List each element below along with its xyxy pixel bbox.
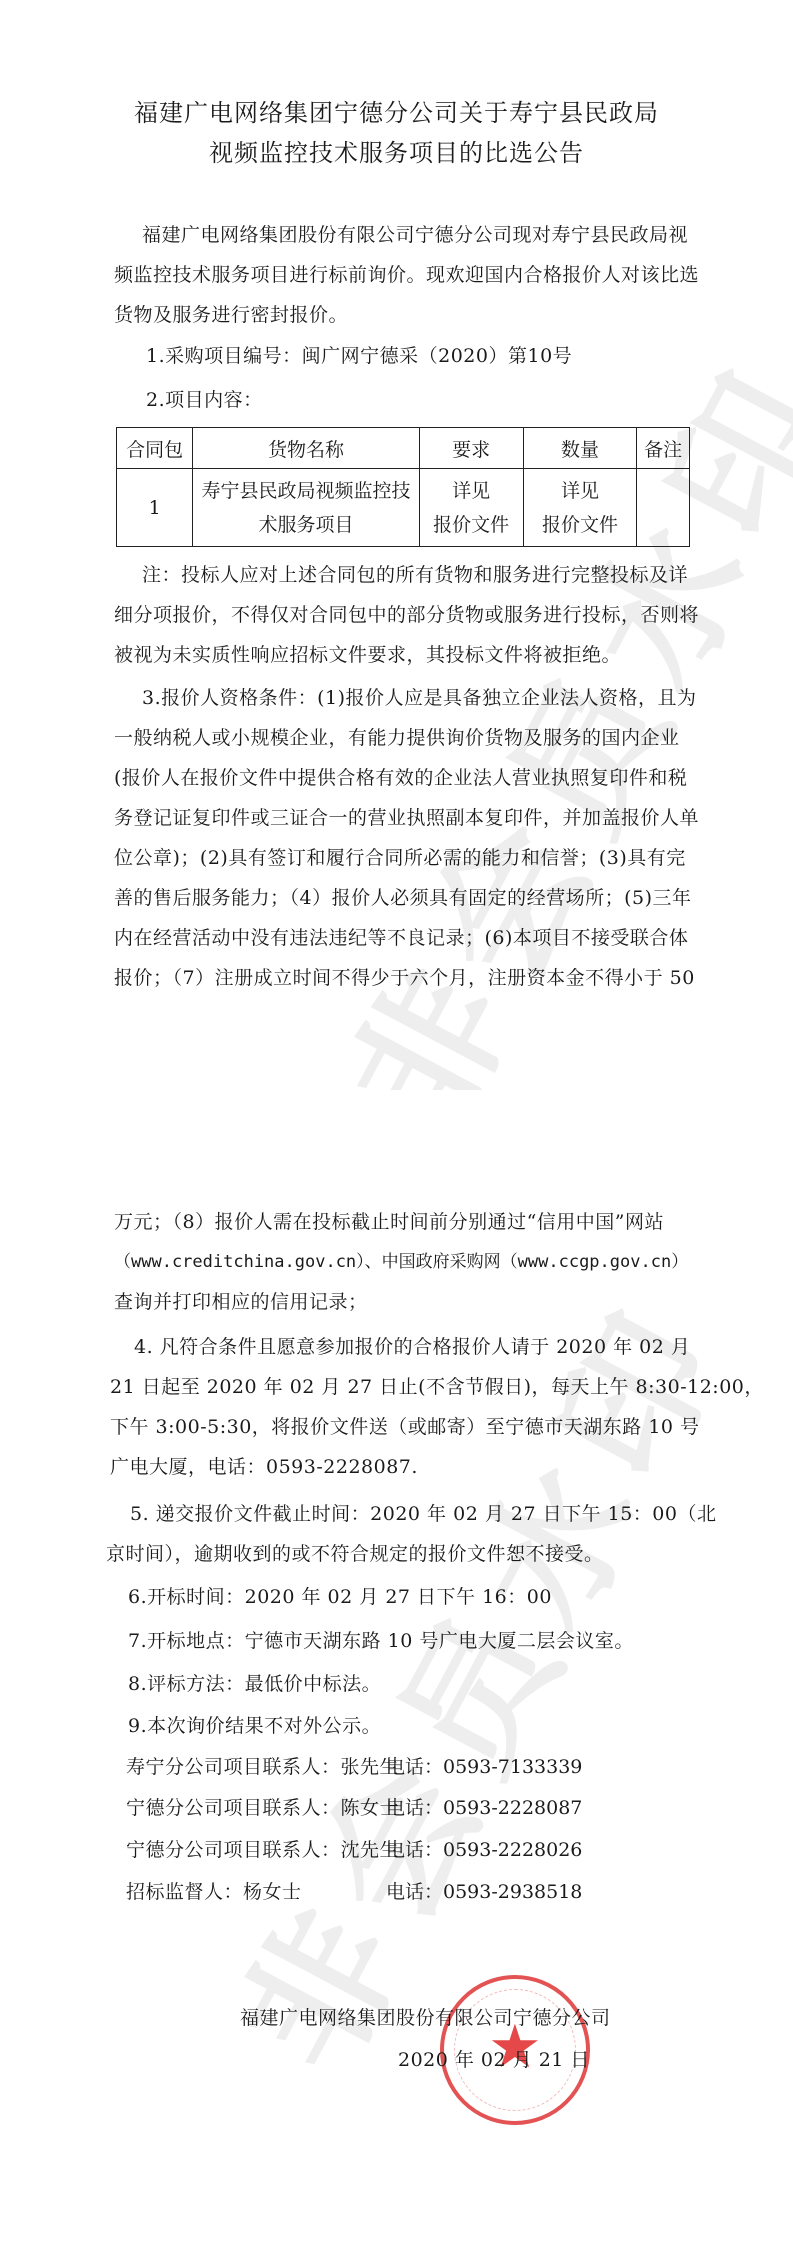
registration-line-4: 广电大厦，电话：0593-2228087. <box>110 1455 418 1479</box>
note-line-1: 注：投标人应对上述合同包的所有货物和服务进行完整投标及详 <box>142 563 688 587</box>
deadline-line-1: 5. 递交报价文件截止时间：2020 年 02 月 27 日下午 15：00（北 <box>130 1502 716 1526</box>
header-goods-name: 货物名称 <box>193 428 419 469</box>
cell-requirement: 详见 报价文件 <box>419 469 523 547</box>
intro-line-3: 货物及服务进行密封报价。 <box>114 303 348 327</box>
cell-remark <box>637 469 690 547</box>
contact-phone: 电话：0593-2228087 <box>386 1796 582 1820</box>
project-items-table: 合同包 货物名称 要求 数量 备注 1 寿宁县民政局视频监控技 术服务项目 详见… <box>116 427 690 547</box>
cell-requirement-line-1: 详见 <box>420 474 523 508</box>
cell-quantity-line-1: 详见 <box>524 474 637 508</box>
deadline-line-2: 京时间），逾期收到的或不符合规定的报价文件恕不接受。 <box>106 1542 604 1566</box>
document-title-line-2: 视频监控技术服务项目的比选公告 <box>0 138 793 168</box>
signature-date: 2020 年 02 月 21 日 <box>398 2048 590 2072</box>
contact-name: 招标监督人：杨女士 <box>126 1880 302 1904</box>
qualification-line-6: 善的售后服务能力；（4）报价人必须具有固定的经营场所；(5)三年 <box>114 886 692 910</box>
qualification-line-3: (报价人在报价文件中提供合格有效的企业法人营业执照复印件和税 <box>114 766 687 790</box>
document-title-line-1: 福建广电网络集团宁德分公司关于寿宁县民政局 <box>0 98 793 128</box>
cell-package: 1 <box>117 469 193 547</box>
cell-goods-name: 寿宁县民政局视频监控技 术服务项目 <box>193 469 419 547</box>
note-line-3: 被视为未实质性响应招标文件要求，其投标文件将被拒绝。 <box>114 643 621 667</box>
qualification-line-1: 3.报价人资格条件：(1)报价人应是具备独立企业法人资格，且为 <box>142 686 697 710</box>
header-remark: 备注 <box>637 428 690 469</box>
qualification-cont-line-2: （www.creditchina.gov.cn）、中国政府采购网（www.ccg… <box>114 1250 688 1274</box>
contact-phone: 电话：0593-7133339 <box>386 1755 582 1779</box>
signature-company: 福建广电网络集团股份有限公司宁德分公司 <box>240 2006 611 2030</box>
contact-phone: 电话：0593-2938518 <box>386 1880 582 1904</box>
header-package: 合同包 <box>117 428 193 469</box>
cell-goods-name-line-1: 寿宁县民政局视频监控技 <box>193 474 418 508</box>
contact-name: 宁德分公司项目联系人：陈女士 <box>126 1796 399 1820</box>
header-requirement: 要求 <box>419 428 523 469</box>
cell-requirement-line-2: 报价文件 <box>420 508 523 542</box>
qualification-cont-line-3: 查询并打印相应的信用记录； <box>114 1290 368 1314</box>
contact-phone: 电话：0593-2228026 <box>386 1838 582 1862</box>
note-line-2: 细分项报价，不得仅对合同包中的部分货物或服务进行投标，否则将 <box>114 603 699 627</box>
cell-quantity: 详见 报价文件 <box>523 469 637 547</box>
intro-line-1: 福建广电网络集团股份有限公司宁德分公司现对寿宁县民政局视 <box>142 223 688 247</box>
qualification-cont-line-1: 万元；（8）报价人需在投标截止时间前分别通过“信用中国”网站 <box>114 1210 664 1234</box>
project-number: 1.采购项目编号：闽广网宁德采（2020）第10号 <box>146 344 572 368</box>
qualification-line-7: 内在经营活动中没有违法违纪等不良记录；(6)本项目不接受联合体 <box>114 926 688 950</box>
contact-name: 寿宁分公司项目联系人：张先生 <box>126 1755 399 1779</box>
qualification-line-5: 位公章)；(2)具有签订和履行合同所必需的能力和信誉；(3)具有完 <box>114 846 686 870</box>
qualification-line-4: 务登记证复印件或三证合一的营业执照副本复印件，并加盖报价人单 <box>114 806 699 830</box>
evaluation-method: 8.评标方法：最低价中标法。 <box>128 1672 381 1696</box>
registration-line-3: 下午 3:00-5:30，将报价文件送（或邮寄）至宁德市天湖东路 10 号 <box>110 1415 700 1439</box>
cell-goods-name-line-2: 术服务项目 <box>193 508 418 542</box>
scanned-page-1: 非会员水印 福建广电网络集团宁德分公司关于寿宁县民政局 视频监控技术服务项目的比… <box>0 0 793 1090</box>
registration-line-1: 4. 凡符合条件且愿意参加报价的合格报价人请于 2020 年 02 月 <box>134 1335 690 1359</box>
table-header-row: 合同包 货物名称 要求 数量 备注 <box>117 428 690 469</box>
opening-location: 7.开标地点：宁德市天湖东路 10 号广电大厦二层会议室。 <box>128 1629 634 1653</box>
qualification-line-2: 一般纳税人或小规模企业，有能力提供询价货物及服务的国内企业 <box>114 726 680 750</box>
header-quantity: 数量 <box>523 428 637 469</box>
opening-time: 6.开标时间：2020 年 02 月 27 日下午 16：00 <box>128 1585 552 1609</box>
table-row: 1 寿宁县民政局视频监控技 术服务项目 详见 报价文件 详见 报价文件 <box>117 469 690 547</box>
intro-line-2: 频监控技术服务项目进行标前询价。现欢迎国内合格报价人对该比选 <box>114 263 699 287</box>
project-content-heading: 2.项目内容： <box>146 388 263 412</box>
cell-quantity-line-2: 报价文件 <box>524 508 637 542</box>
contact-name: 宁德分公司项目联系人：沈先生 <box>126 1838 399 1862</box>
result-disclosure: 9.本次询价结果不对外公示。 <box>128 1714 381 1738</box>
registration-line-2: 21 日起至 2020 年 02 月 27 日止(不含节假日)，每天上午 8:3… <box>110 1375 764 1399</box>
qualification-line-8: 报价；（7）注册成立时间不得少于六个月，注册资本金不得小于 50 <box>114 966 695 990</box>
